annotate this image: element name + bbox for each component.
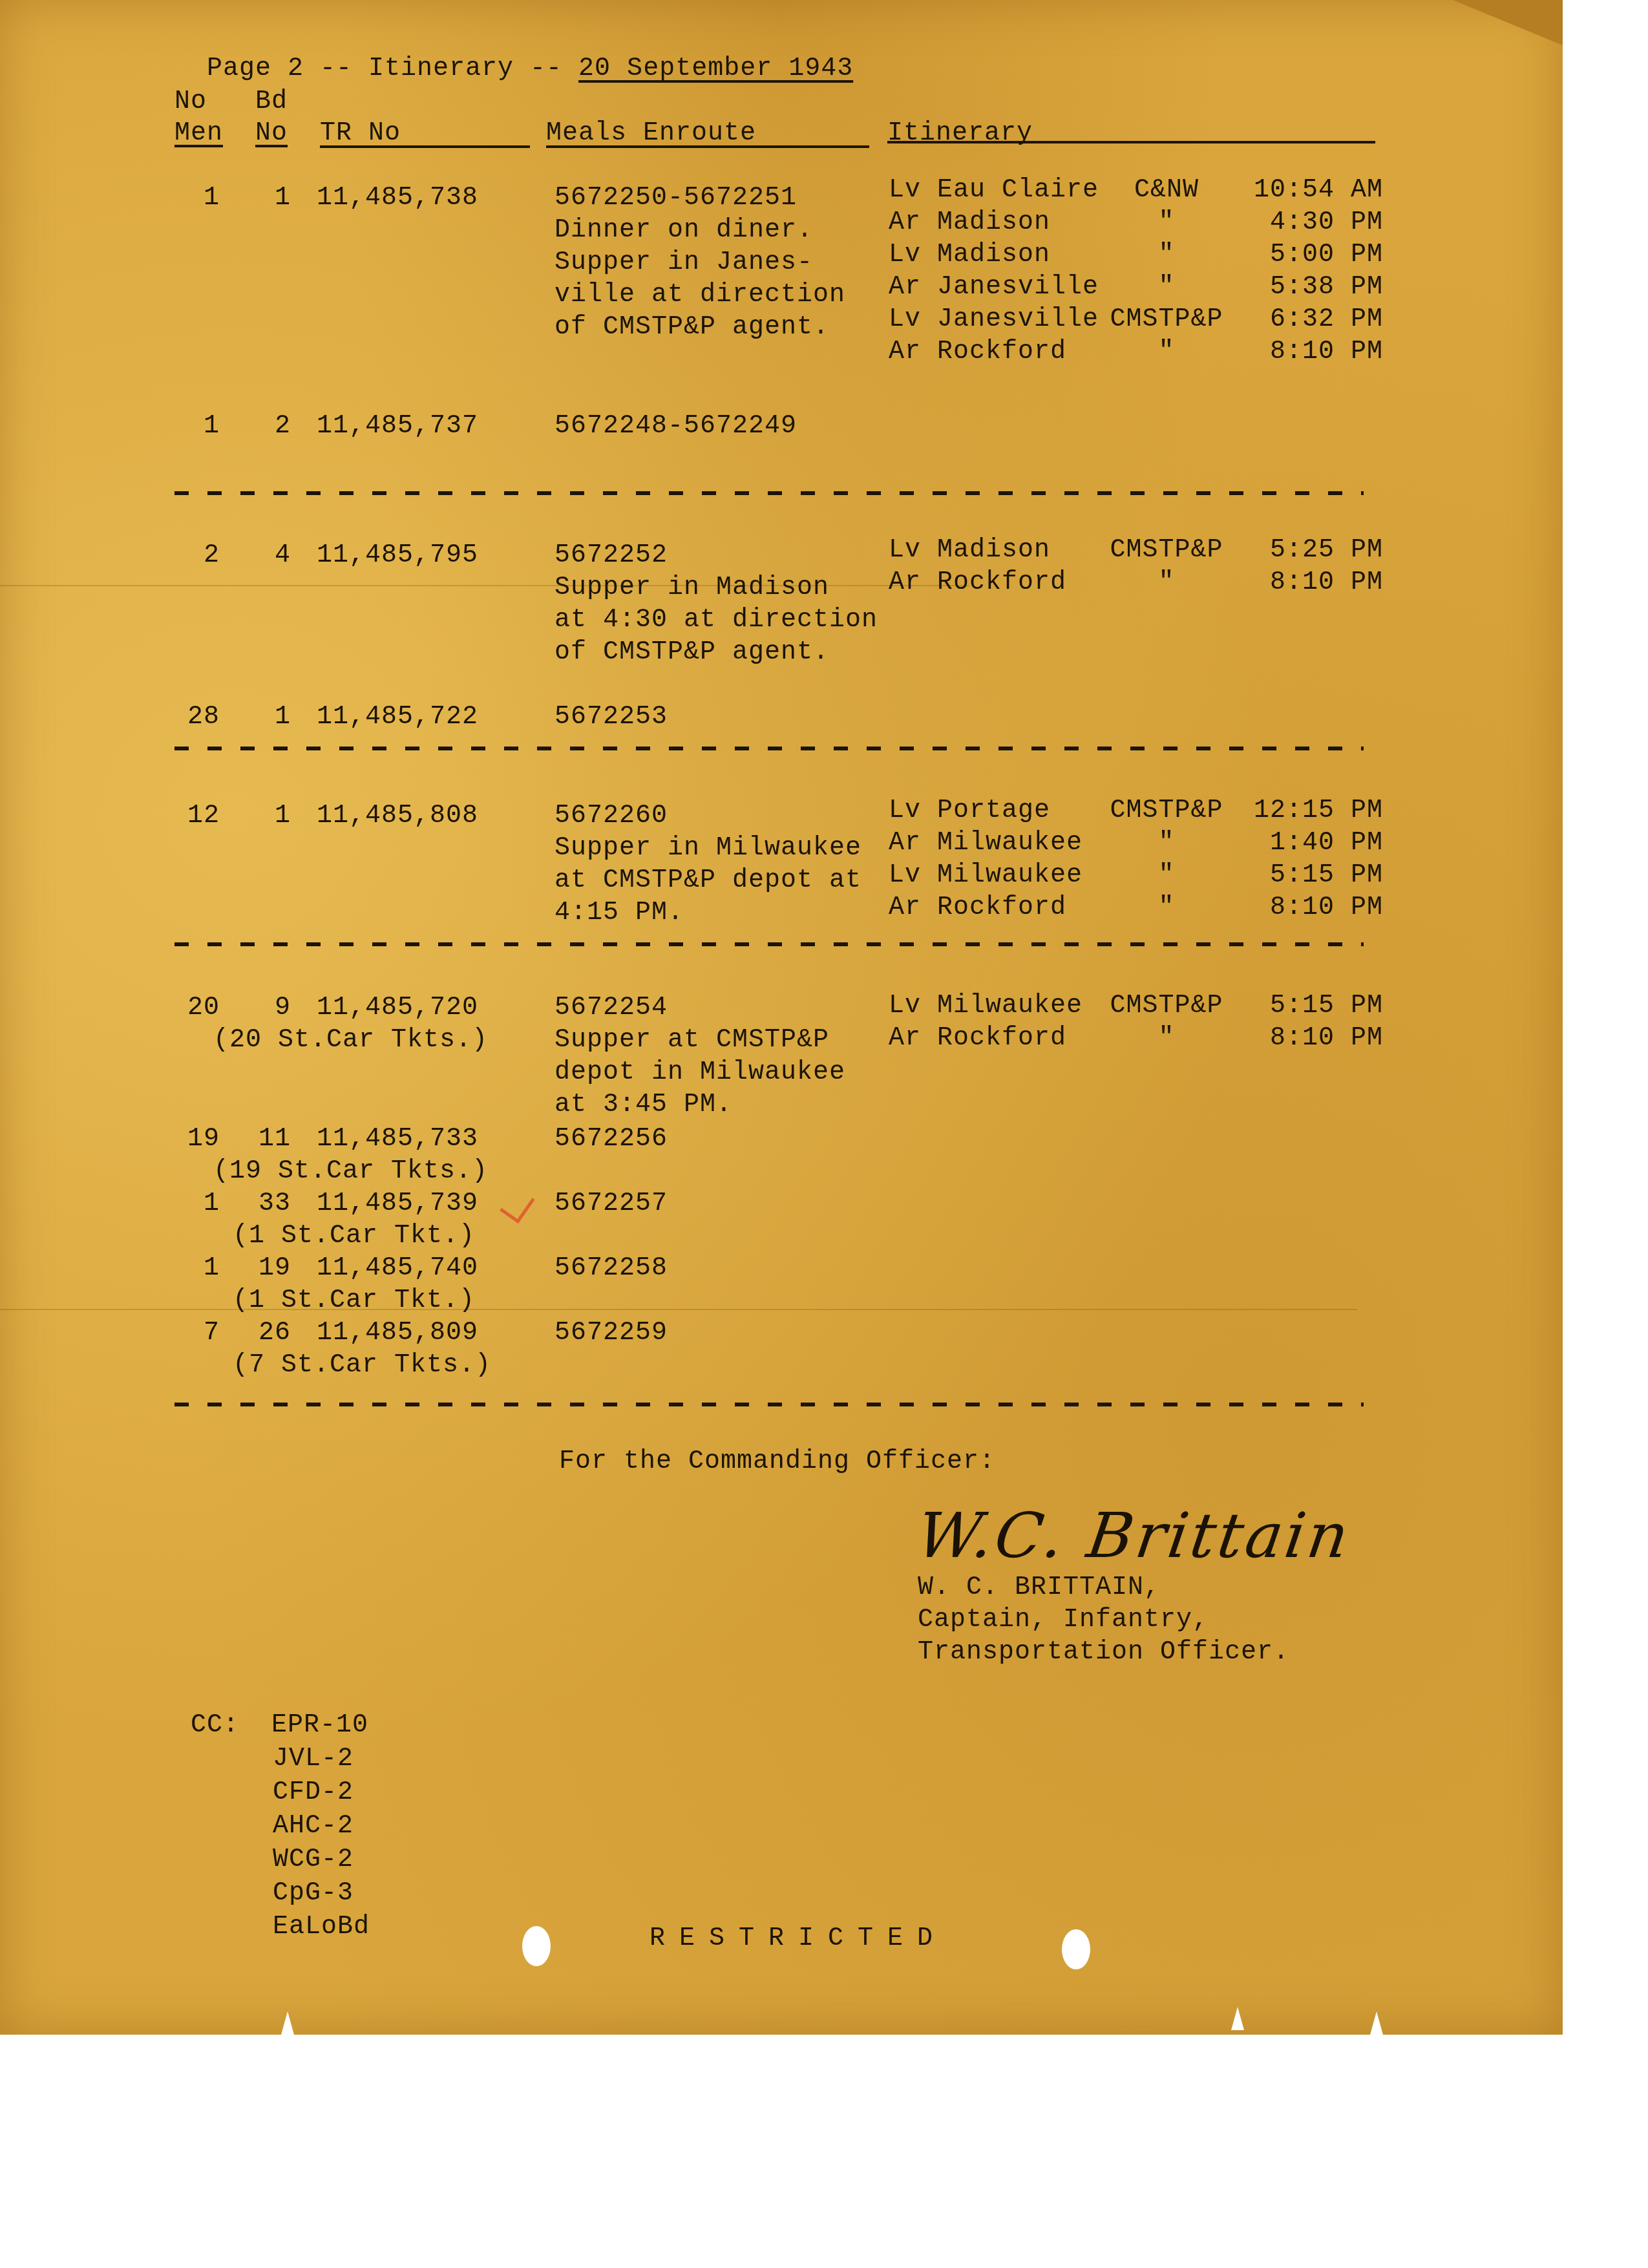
row-men: 1	[174, 410, 220, 443]
meal-line: Supper at CMSTP&P	[555, 1024, 829, 1057]
itinerary-time: 5:15 PM	[1241, 990, 1383, 1023]
signer-title: Transportation Officer.	[918, 1637, 1289, 1669]
itinerary-time: 12:15 PM	[1241, 795, 1383, 827]
row-tr-no: 11,485,737	[317, 410, 478, 443]
meal-line: Supper in Milwaukee	[555, 832, 861, 865]
row-tr-no: 11,485,740	[317, 1253, 478, 1285]
page-header: Page 2 -- Itinerary -- 20 September 1943	[174, 21, 853, 85]
meal-line: 5672260	[555, 800, 668, 832]
row-men: 12	[174, 800, 220, 832]
row-men: 1	[174, 1253, 220, 1285]
itinerary-station: Ar Rockford	[889, 892, 1066, 924]
itinerary-time: 5:25 PM	[1241, 535, 1383, 567]
itinerary-station: Ar Milwaukee	[889, 827, 1083, 860]
cc-item: EaLoBd	[273, 1911, 370, 1944]
row-tr-no: 11,485,738	[317, 182, 478, 215]
itinerary-station: Ar Rockford	[889, 1023, 1066, 1055]
itinerary-railroad: "	[1092, 860, 1241, 892]
row-bd: 11	[246, 1123, 291, 1156]
col-header-men: Men	[174, 118, 223, 150]
row-bd: 9	[246, 992, 291, 1024]
meal-line: 5672252	[555, 540, 668, 572]
itinerary-time: 8:10 PM	[1241, 567, 1383, 599]
cc-label: CC:	[191, 1710, 239, 1742]
streetcar-tickets: (1 St.Car Tkt.)	[233, 1220, 475, 1253]
meal-line: 5672254	[555, 992, 668, 1024]
for-commanding-officer: For the Commanding Officer:	[559, 1446, 995, 1478]
itinerary-station: Lv Madison	[889, 239, 1050, 271]
row-tr-no: 11,485,809	[317, 1317, 478, 1350]
itinerary-railroad: C&NW	[1092, 175, 1241, 207]
group-separator	[174, 1403, 1364, 1406]
row-men: 1	[174, 1188, 220, 1220]
meal-line: 5672253	[555, 701, 668, 734]
itinerary-railroad: CMSTP&P	[1092, 990, 1241, 1023]
row-bd: 1	[246, 701, 291, 734]
row-men: 19	[174, 1123, 220, 1156]
meal-line: 5672257	[555, 1188, 668, 1220]
meal-line: 5672258	[555, 1253, 668, 1285]
itinerary-station: Lv Madison	[889, 535, 1050, 567]
itinerary-time: 5:38 PM	[1241, 271, 1383, 304]
col-header-itinerary: Itinerary	[887, 118, 1033, 150]
itinerary-railroad: "	[1092, 271, 1241, 304]
streetcar-tickets: (1 St.Car Tkt.)	[233, 1285, 475, 1317]
row-bd: 1	[246, 182, 291, 215]
group-separator	[174, 942, 1364, 946]
meal-line: 5672250-5672251	[555, 182, 797, 215]
itinerary-railroad: "	[1092, 892, 1241, 924]
punch-hole-left	[522, 1926, 551, 1966]
row-men: 2	[174, 540, 220, 572]
itinerary-station: Lv Portage	[889, 795, 1050, 827]
row-bd: 33	[246, 1188, 291, 1220]
col-header-no: No	[174, 86, 207, 118]
header-underline	[320, 145, 530, 148]
meal-line: 4:15 PM.	[555, 897, 684, 929]
itinerary-station: Ar Janesville	[889, 271, 1099, 304]
meal-line: 5672259	[555, 1317, 668, 1350]
row-bd: 1	[246, 800, 291, 832]
handwritten-signature: W.C. Brittain	[913, 1500, 1355, 1572]
itinerary-time: 6:32 PM	[1241, 304, 1383, 336]
cc-item: AHC-2	[273, 1810, 354, 1843]
itinerary-time: 4:30 PM	[1241, 207, 1383, 239]
row-tr-no: 11,485,720	[317, 992, 478, 1024]
itinerary-station: Ar Rockford	[889, 567, 1066, 599]
header-underline	[887, 141, 1375, 143]
group-separator	[174, 747, 1364, 750]
meal-line: of CMSTP&P agent.	[555, 637, 829, 669]
col-header-bd: Bd	[255, 86, 288, 118]
row-tr-no: 11,485,722	[317, 701, 478, 734]
itinerary-railroad: CMSTP&P	[1092, 304, 1241, 336]
punch-hole-right	[1062, 1929, 1090, 1969]
itinerary-station: Ar Rockford	[889, 336, 1066, 368]
itinerary-time: 5:15 PM	[1241, 860, 1383, 892]
itinerary-time: 8:10 PM	[1241, 892, 1383, 924]
paper-tear	[281, 2011, 294, 2035]
meal-line: Dinner on diner.	[555, 215, 813, 247]
row-bd: 19	[246, 1253, 291, 1285]
cc-item: CFD-2	[273, 1777, 354, 1809]
cc-item: JVL-2	[273, 1743, 354, 1775]
itinerary-station: Lv Eau Claire	[889, 175, 1099, 207]
meal-line: at 3:45 PM.	[555, 1089, 732, 1121]
meal-line: at CMSTP&P depot at	[555, 865, 861, 897]
header-date: 20 September 1943	[578, 54, 853, 83]
meal-line: 5672248-5672249	[555, 410, 797, 443]
cc-item: EPR-10	[271, 1710, 368, 1742]
header-prefix: Page 2 -- Itinerary --	[207, 54, 578, 83]
itinerary-time: 5:00 PM	[1241, 239, 1383, 271]
classification-marking: RESTRICTED	[650, 1923, 947, 1955]
row-tr-no: 11,485,808	[317, 800, 478, 832]
row-tr-no: 11,485,795	[317, 540, 478, 572]
row-men: 1	[174, 182, 220, 215]
paper-tear	[1370, 2011, 1383, 2035]
itinerary-time: 8:10 PM	[1241, 1023, 1383, 1055]
paper-crease	[0, 1309, 1357, 1310]
itinerary-railroad: "	[1092, 207, 1241, 239]
row-tr-no: 11,485,733	[317, 1123, 478, 1156]
folded-corner	[1453, 0, 1563, 45]
row-men: 7	[174, 1317, 220, 1350]
row-men: 20	[174, 992, 220, 1024]
itinerary-railroad: "	[1092, 239, 1241, 271]
itinerary-station: Lv Milwaukee	[889, 990, 1083, 1023]
meal-line: ville at direction	[555, 279, 845, 312]
streetcar-tickets: (7 St.Car Tkts.)	[233, 1350, 491, 1382]
itinerary-railroad: CMSTP&P	[1092, 535, 1241, 567]
col-header-bd-no: No	[255, 118, 288, 150]
meal-line: of CMSTP&P agent.	[555, 312, 829, 344]
itinerary-station: Lv Janesville	[889, 304, 1099, 336]
paper-tear	[1231, 2007, 1244, 2030]
row-bd: 2	[246, 410, 291, 443]
row-tr-no: 11,485,739	[317, 1188, 478, 1220]
group-separator	[174, 491, 1364, 495]
signer-rank: Captain, Infantry,	[918, 1604, 1209, 1637]
row-bd: 4	[246, 540, 291, 572]
streetcar-tickets: (19 St.Car Tkts.)	[213, 1156, 488, 1188]
itinerary-time: 1:40 PM	[1241, 827, 1383, 860]
header-underline	[546, 145, 869, 148]
meal-line: Supper in Janes-	[555, 247, 813, 279]
itinerary-time: 10:54 AM	[1241, 175, 1383, 207]
row-men: 28	[174, 701, 220, 734]
itinerary-station: Lv Milwaukee	[889, 860, 1083, 892]
itinerary-station: Ar Madison	[889, 207, 1050, 239]
itinerary-railroad: "	[1092, 827, 1241, 860]
itinerary-railroad: "	[1092, 336, 1241, 368]
cc-item: CpG-3	[273, 1878, 354, 1910]
itinerary-railroad: CMSTP&P	[1092, 795, 1241, 827]
itinerary-railroad: "	[1092, 567, 1241, 599]
itinerary-railroad: "	[1092, 1023, 1241, 1055]
meal-line: at 4:30 at direction	[555, 604, 878, 637]
streetcar-tickets: (20 St.Car Tkts.)	[213, 1024, 488, 1057]
signer-name: W. C. BRITTAIN,	[918, 1572, 1160, 1604]
meal-line: depot in Milwaukee	[555, 1057, 845, 1089]
meal-line: Supper in Madison	[555, 572, 829, 604]
itinerary-time: 8:10 PM	[1241, 336, 1383, 368]
row-bd: 26	[246, 1317, 291, 1350]
cc-item: WCG-2	[273, 1844, 354, 1876]
meal-line: 5672256	[555, 1123, 668, 1156]
